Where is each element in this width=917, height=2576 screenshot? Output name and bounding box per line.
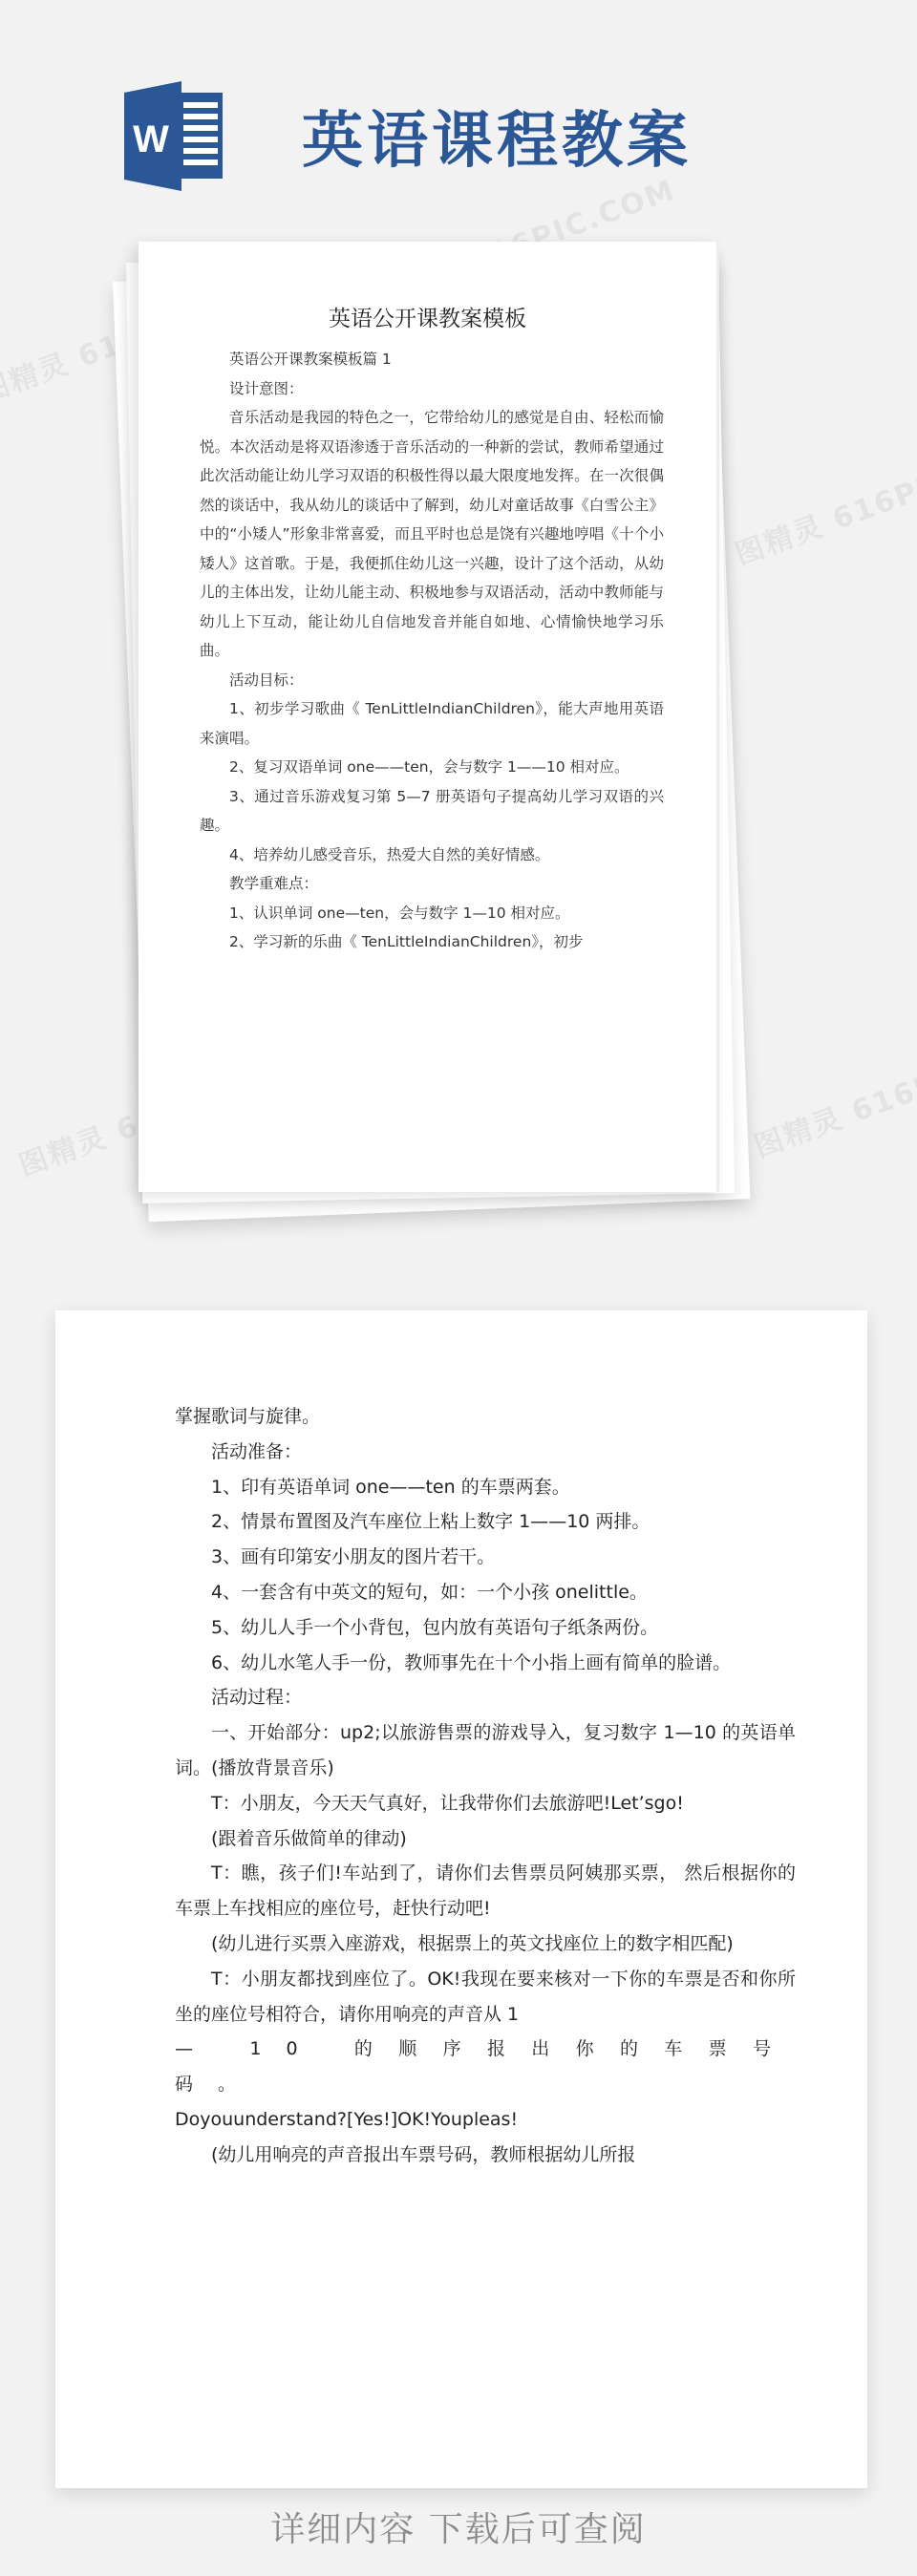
doc-line: 1、初步学习歌曲《 TenLittleIndianChildren》，能大声地用… bbox=[200, 694, 664, 753]
document-title: 英语公开课教案模板 bbox=[139, 301, 716, 332]
doc-line: (幼儿进行买票入座游戏，根据票上的英文找座位上的数字相匹配) bbox=[175, 1927, 796, 1962]
doc-line: 2、学习新的乐曲《 TenLittleIndianChildren》，初步 bbox=[229, 927, 664, 957]
document-page-2: 掌握歌词与旋律。 活动准备： 1、印有英语单词 one——ten 的车票两套。 … bbox=[55, 1310, 867, 2488]
watermark: 图精灵 616PIC.COM bbox=[748, 1016, 917, 1165]
doc-line: 掌握歌词与旋律。 bbox=[175, 1399, 796, 1435]
word-document-icon: W bbox=[124, 81, 224, 191]
doc-paragraph: 音乐活动是我园的特色之一，它带给幼儿的感觉是自由、轻松而愉悦。本次活动是将双语渗… bbox=[200, 403, 664, 666]
doc-line: 一、开始部分：up2;以旅游售票的游戏导入，复习数字 1—10 的英语单词。(播… bbox=[175, 1715, 796, 1786]
doc-line: 英语公开课教案模板篇 1 bbox=[229, 345, 664, 374]
doc-line: 4、培养幼儿感受音乐，热爱大自然的美好情感。 bbox=[229, 841, 664, 870]
doc-line: 6、幼儿水笔人手一份，教师事先在十个小指上画有简单的脸谱。 bbox=[175, 1646, 796, 1681]
doc-line: 3、画有印第安小朋友的图片若干。 bbox=[175, 1540, 796, 1575]
document-body: 英语公开课教案模板篇 1 设计意图： 音乐活动是我园的特色之一，它带给幼儿的感觉… bbox=[229, 345, 664, 957]
doc-line: 5、幼儿人手一个小背包，包内放有英语句子纸条两份。 bbox=[175, 1610, 796, 1646]
doc-line: 活动目标： bbox=[229, 666, 664, 695]
doc-line: 活动准备： bbox=[175, 1435, 796, 1470]
document-page-1: 英语公开课教案模板 英语公开课教案模板篇 1 设计意图： 音乐活动是我园的特色之… bbox=[139, 242, 719, 1192]
doc-line: 教学重难点： bbox=[229, 869, 664, 899]
doc-line: 2、情景布置图及汽车座位上粘上数字 1——10 两排。 bbox=[175, 1504, 796, 1540]
doc-line: (跟着音乐做简单的律动) bbox=[175, 1821, 796, 1857]
doc-line: T：小朋友都找到座位了。OK!我现在要来核对一下你的车票是否和你所坐的座位号相符… bbox=[175, 1962, 796, 2033]
doc-line: (幼儿用响亮的声音报出车票号码，教师根据幼儿所报 bbox=[175, 2138, 796, 2173]
doc-line: 3、通过音乐游戏复习第 5—7 册英语句子提高幼儿学习双语的兴趣。 bbox=[200, 782, 664, 841]
download-hint: 详细内容 下载后可查阅 bbox=[0, 2502, 917, 2551]
doc-line: 2、复习双语单词 one——ten，会与数字 1——10 相对应。 bbox=[200, 753, 664, 782]
doc-line: 活动过程： bbox=[175, 1680, 796, 1715]
doc-line: T：瞧，孩子们!车站到了，请你们去售票员阿姨那买票， 然后根据你的车票上车找相应… bbox=[175, 1856, 796, 1927]
header: W 英语课程教案 bbox=[0, 0, 917, 229]
watermark: 图精灵 616PIC.COM bbox=[729, 424, 917, 573]
doc-line: — 10 的顺序报出你的车票号码。 bbox=[175, 2032, 796, 2102]
doc-line: 设计意图： bbox=[229, 374, 664, 404]
doc-line: T：小朋友，今天天气真好，让我带你们去旅游吧!Let’sgo! bbox=[175, 1786, 796, 1821]
page-title: 英语课程教案 bbox=[302, 92, 692, 180]
doc-line: 4、一套含有中英文的短句，如：一个小孩 onelittle。 bbox=[175, 1575, 796, 1610]
document-body: 掌握歌词与旋律。 活动准备： 1、印有英语单词 one——ten 的车票两套。 … bbox=[175, 1399, 796, 2173]
svg-text:W: W bbox=[133, 118, 169, 160]
doc-line: Doyouunderstand?[Yes!]OK!Youpleas! bbox=[175, 2102, 796, 2138]
doc-line: 1、认识单词 one—ten，会与数字 1—10 相对应。 bbox=[229, 899, 664, 928]
doc-line: 1、印有英语单词 one——ten 的车票两套。 bbox=[175, 1470, 796, 1505]
